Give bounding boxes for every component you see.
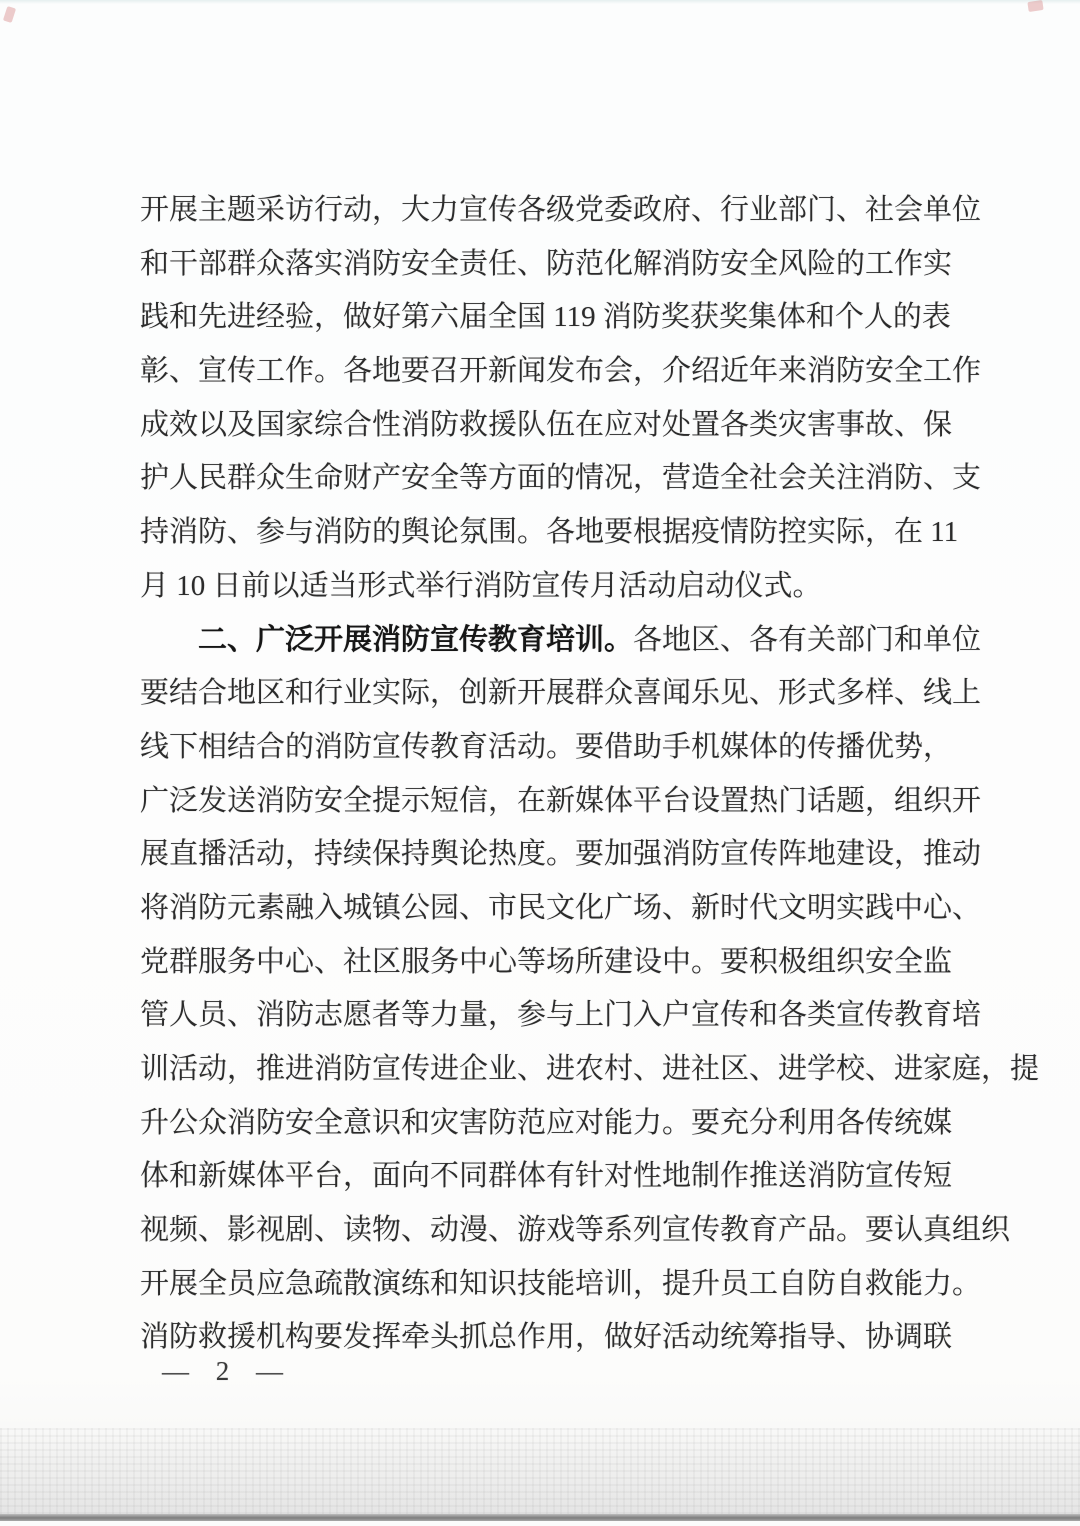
line-text: 体和新媒体平台，面向不同群体有针对性地制作推送消防宣传短 <box>140 1160 952 1192</box>
document-page: 开展主题采访行动，大力宣传各级党委政府、行业部门、社会单位 和干部群众落实消防安… <box>0 0 1080 1526</box>
line-text: 护人民群众生命财产安全等方面的情况，营造全社会关注消防、支 <box>140 462 981 494</box>
line-text: 持消防、参与消防的舆论氛围。各地要根据疫情防控实际，在 11 <box>140 516 958 548</box>
line-text: 开展主题采访行动，大力宣传各级党委政府、行业部门、社会单位 <box>140 194 981 226</box>
text-line: 月 10 日前以适当形式举行消防宣传月活动启动仪式。 <box>140 560 946 614</box>
text-line: 管人员、消防志愿者等力量，参与上门入户宣传和各类宣传教育培 <box>140 989 946 1043</box>
text-line: 践和先进经验，做好第六届全国 119 消防奖获奖集体和个人的表 <box>140 291 946 345</box>
text-line: 和干部群众落实消防安全责任、防范化解消防安全风险的工作实 <box>140 238 946 292</box>
line-text: 彰、宣传工作。各地要召开新闻发布会，介绍近年来消防安全工作 <box>140 355 981 387</box>
line-text: 线下相结合的消防宣传教育活动。要借助手机媒体的传播优势， <box>140 731 952 763</box>
line-text: 训活动，推进消防宣传进企业、进农村、进社区、进学校、进家庭，提 <box>140 1053 1039 1085</box>
scan-bottom-edge <box>0 1514 1080 1521</box>
line-text: 月 10 日前以适当形式举行消防宣传月活动启动仪式。 <box>140 570 822 602</box>
text-line: 成效以及国家综合性消防救援队伍在应对处置各类灾害事故、保 <box>140 399 946 453</box>
text-line: 彰、宣传工作。各地要召开新闻发布会，介绍近年来消防安全工作 <box>140 345 946 399</box>
line-text: 各地区、各有关部门和单位 <box>633 624 981 656</box>
section-heading-bold-text: 二、广泛开展消防宣传教育培训。 <box>198 624 633 656</box>
scan-bottom-texture <box>0 1428 1080 1514</box>
line-text: 将消防元素融入城镇公园、市民文化广场、新时代文明实践中心、 <box>140 892 981 924</box>
text-line: 持消防、参与消防的舆论氛围。各地要根据疫情防控实际，在 11 <box>140 506 946 560</box>
scan-top-edge <box>0 0 1080 4</box>
text-line: 体和新媒体平台，面向不同群体有针对性地制作推送消防宣传短 <box>140 1150 946 1204</box>
text-line-section-heading: 二、广泛开展消防宣传教育培训。各地区、各有关部门和单位 <box>140 614 946 668</box>
line-text: 和干部群众落实消防安全责任、防范化解消防安全风险的工作实 <box>140 248 952 280</box>
line-text: 成效以及国家综合性消防救援队伍在应对处置各类灾害事故、保 <box>140 409 952 441</box>
text-line: 要结合地区和行业实际，创新开展群众喜闻乐见、形式多样、线上 <box>140 667 946 721</box>
text-line: 党群服务中心、社区服务中心等场所建设中。要积极组织安全监 <box>140 936 946 990</box>
text-line: 护人民群众生命财产安全等方面的情况，营造全社会关注消防、支 <box>140 452 946 506</box>
line-text: 党群服务中心、社区服务中心等场所建设中。要积极组织安全监 <box>140 946 952 978</box>
line-text: 展直播活动，持续保持舆论热度。要加强消防宣传阵地建设，推动 <box>140 838 981 870</box>
text-line: 线下相结合的消防宣传教育活动。要借助手机媒体的传播优势， <box>140 721 946 775</box>
line-text: 广泛发送消防安全提示短信，在新媒体平台设置热门话题，组织开 <box>140 785 981 817</box>
text-line: 开展主题采访行动，大力宣传各级党委政府、行业部门、社会单位 <box>140 184 946 238</box>
text-line: 训活动，推进消防宣传进企业、进农村、进社区、进学校、进家庭，提 <box>140 1043 946 1097</box>
line-text: 升公众消防安全意识和灾害防范应对能力。要充分利用各传统媒 <box>140 1107 952 1139</box>
line-text: 开展全员应急疏散演练和知识技能培训，提升员工自防自救能力。 <box>140 1268 981 1300</box>
scan-artifact-red-left <box>3 6 16 23</box>
page-number: — 2 — <box>162 1356 285 1387</box>
line-text: 视频、影视剧、读物、动漫、游戏等系列宣传教育产品。要认真组织 <box>140 1214 1010 1246</box>
scan-bottom-margin <box>0 1521 1080 1526</box>
text-line: 视频、影视剧、读物、动漫、游戏等系列宣传教育产品。要认真组织 <box>140 1204 946 1258</box>
document-body: 开展主题采访行动，大力宣传各级党委政府、行业部门、社会单位 和干部群众落实消防安… <box>140 184 946 1365</box>
line-text: 要结合地区和行业实际，创新开展群众喜闻乐见、形式多样、线上 <box>140 677 981 709</box>
text-line: 广泛发送消防安全提示短信，在新媒体平台设置热门话题，组织开 <box>140 775 946 829</box>
line-text: 践和先进经验，做好第六届全国 119 消防奖获奖集体和个人的表 <box>140 301 951 333</box>
text-line: 升公众消防安全意识和灾害防范应对能力。要充分利用各传统媒 <box>140 1097 946 1151</box>
text-line: 开展全员应急疏散演练和知识技能培训，提升员工自防自救能力。 <box>140 1258 946 1312</box>
text-line: 展直播活动，持续保持舆论热度。要加强消防宣传阵地建设，推动 <box>140 828 946 882</box>
line-text: 消防救援机构要发挥牵头抓总作用，做好活动统筹指导、协调联 <box>140 1321 952 1353</box>
scan-artifact-red-right <box>1027 0 1043 12</box>
text-line: 将消防元素融入城镇公园、市民文化广场、新时代文明实践中心、 <box>140 882 946 936</box>
line-text: 管人员、消防志愿者等力量，参与上门入户宣传和各类宣传教育培 <box>140 999 981 1031</box>
